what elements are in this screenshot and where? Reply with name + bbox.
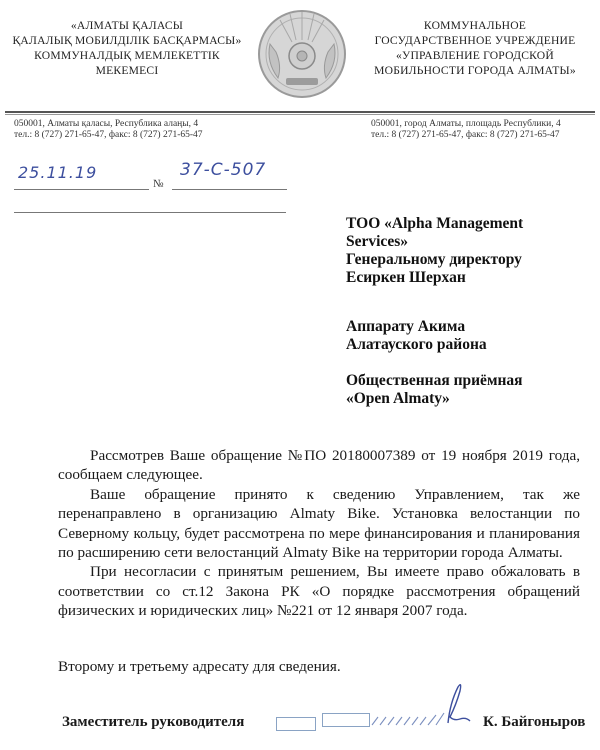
addressee-akimat: Аппарату Акима Алатауского района — [346, 318, 487, 354]
address-line: 050001, город Алматы, площадь Республики… — [371, 119, 561, 130]
header-kazakh-line: МЕКЕМЕСІ — [8, 63, 246, 78]
addressee-line: Алатауского района — [346, 336, 487, 354]
phone-line: тел.: 8 (727) 271-65-47, факс: 8 (727) 2… — [371, 130, 561, 141]
body-paragraph: Рассмотрев Ваше обращение №ПО 2018000738… — [58, 446, 580, 485]
header-divider-thin — [5, 114, 595, 115]
signatory-name: К. Байгоныров — [483, 714, 585, 731]
signatory-title: Заместитель руководителя — [62, 714, 244, 731]
facsimile-box — [322, 713, 370, 727]
addressee-line: Аппарату Акима — [346, 318, 487, 336]
number-sign: № — [153, 178, 164, 190]
letter-body: Рассмотрев Ваше обращение №ПО 2018000738… — [58, 446, 580, 621]
header-kazakh-line: «АЛМАТЫ ҚАЛАСЫ — [8, 18, 246, 33]
header-russian: КОММУНАЛЬНОЕ ГОСУДАРСТВЕННОЕ УЧРЕЖДЕНИЕ … — [355, 18, 595, 78]
header-russian-line: КОММУНАЛЬНОЕ — [355, 18, 595, 33]
closing-note: Второму и третьему адресату для сведения… — [58, 658, 341, 676]
reference-underline — [14, 212, 286, 213]
state-emblem-icon — [252, 4, 352, 104]
signature-icon — [370, 683, 480, 729]
header-russian-line: «УПРАВЛЕНИЕ ГОРОДСКОЙ — [355, 48, 595, 63]
address-russian: 050001, город Алматы, площадь Республики… — [371, 119, 561, 140]
registration-number: 37-С-507 — [180, 160, 266, 180]
registration-date: 25.11.19 — [18, 163, 97, 182]
address-line: 050001, Алматы қаласы, Республика алаңы,… — [14, 119, 203, 130]
header-kazakh-line: ҚАЛАЛЫҚ МОБИЛДІЛІК БАСҚАРМАСЫ» — [8, 33, 246, 48]
body-paragraph: При несогласии с принятым решением, Вы и… — [58, 562, 580, 620]
header-kazakh: «АЛМАТЫ ҚАЛАСЫ ҚАЛАЛЫҚ МОБИЛДІЛІК БАСҚАР… — [8, 18, 246, 78]
addressee-open-almaty: Общественная приёмная «Open Almaty» — [346, 372, 523, 408]
addressee-company: ТОО «Alpha Management Services» Генераль… — [346, 215, 523, 287]
number-underline — [172, 189, 287, 190]
date-underline — [14, 189, 149, 190]
header-russian-line: МОБИЛЬНОСТИ ГОРОДА АЛМАТЫ» — [355, 63, 595, 78]
facsimile-box — [276, 717, 316, 731]
addressee-line: Общественная приёмная — [346, 372, 523, 390]
header-divider — [5, 111, 595, 113]
addressee-line: Генеральному директору — [346, 251, 523, 269]
header-kazakh-line: КОММУНАЛДЫҚ МЕМЛЕКЕТТІК — [8, 48, 246, 63]
address-kazakh: 050001, Алматы қаласы, Республика алаңы,… — [14, 119, 203, 140]
header-russian-line: ГОСУДАРСТВЕННОЕ УЧРЕЖДЕНИЕ — [355, 33, 595, 48]
body-paragraph: Ваше обращение принято к сведению Управл… — [58, 485, 580, 563]
addressee-line: «Open Almaty» — [346, 390, 523, 408]
addressee-line: Services» — [346, 233, 523, 251]
addressee-line: Есиркен Шерхан — [346, 269, 523, 287]
phone-line: тел.: 8 (727) 271-65-47, факс: 8 (727) 2… — [14, 130, 203, 141]
addressee-line: ТОО «Alpha Management — [346, 215, 523, 233]
